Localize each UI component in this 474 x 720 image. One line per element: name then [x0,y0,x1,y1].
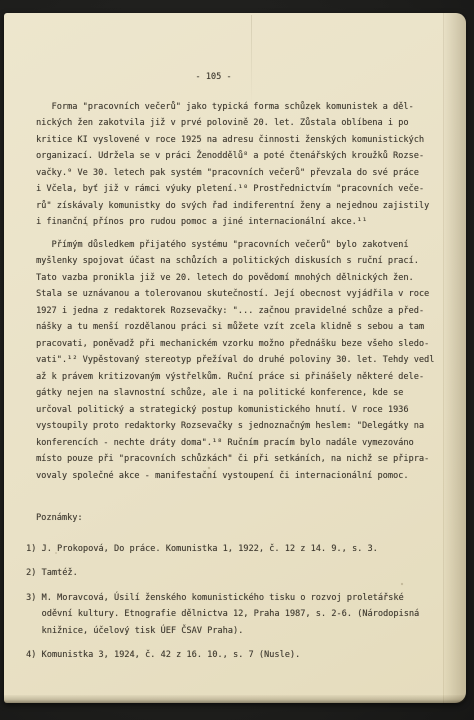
note-line: 4) Komunistka 3, 1924, č. 42 z 16. 10., … [26,647,440,664]
book-page: - 105 - Forma "pracovních večerů" jako t… [4,13,466,703]
paragraph-1: Forma "pracovních večerů" jako typická f… [36,99,440,231]
notes-heading: Poznámky: [36,510,440,527]
note-item: 2) Tamtéž. [26,565,440,582]
text-line: vovaly společné akce - manifestační vyst… [36,468,440,485]
text-line: až k právem kritizovaným výstřelkům. Ruč… [36,369,440,386]
note-line: knižnice, účelový tisk ÚEF ČSAV Praha). [26,623,440,640]
text-line: i Včela, byť již v rámci výuky pletení.¹… [36,181,440,198]
text-line: 1927 i jedna z redaktorek Rozsevačky: ".… [36,303,440,320]
note-item: 4) Komunistka 3, 1924, č. 42 z 16. 10., … [26,647,440,664]
note-item: 3) M. Moravcová, Úsilí ženského komunist… [26,590,440,640]
text-line: gátky nejen na slavnostní schůze, ale i … [36,385,440,402]
text-line: nášky a tu menší rozdělanou práci si můž… [36,319,440,336]
note-item: 1) J. Prokopová, Do práce. Komunistka 1,… [26,541,440,558]
text-line: nických žen zakotvila již v prvé polovin… [36,115,440,132]
text-line: Forma "pracovních večerů" jako typická f… [36,99,440,116]
text-line: Tato vazba pronikla již ve 20. letech do… [36,270,440,287]
scan-background: - 105 - Forma "pracovních večerů" jako t… [0,0,474,720]
note-line: 1) J. Prokopová, Do práce. Komunistka 1,… [26,541,440,558]
text-line: vati".¹² Vypěstovaný stereotyp přežíval … [36,352,440,369]
text-line: organizací. Udržela se v práci Ženoddělů… [36,148,440,165]
note-line: 3) M. Moravcová, Úsilí ženského komunist… [26,590,440,607]
text-line: pracovati, poněvadž při mechanickém vzor… [36,336,440,353]
page-number: - 105 - [36,69,391,86]
text-line: myšlenky spojovat účast na schůzích a po… [36,253,440,270]
text-line: Stala se uznávanou a tolerovanou skutečn… [36,286,440,303]
note-line: oděvní kultury. Etnografie dělnictva 12,… [26,606,440,623]
page-fore-edge [443,13,466,703]
text-line: vystoupily proto redaktorky Rozsevačky s… [36,418,440,435]
text-line: konferencích - nechte dráty doma".¹⁸ Ruč… [36,435,440,452]
text-line: určoval politický a strategický postup k… [36,402,440,419]
text-line: Přímým důsledkem přijatého systému "prac… [36,237,440,254]
paragraph-2: Přímým důsledkem přijatého systému "prac… [36,237,440,485]
text-line: vačky.⁹ Ve 30. letech pak systém "pracov… [36,165,440,182]
note-line: 2) Tamtéž. [26,565,440,582]
text-line: rů" získávaly komunistky do svých řad in… [36,198,440,215]
notes-section: 1) J. Prokopová, Do práce. Komunistka 1,… [26,541,440,664]
text-line: místo pouze při "pracovních schůzkách" č… [36,451,440,468]
page-content: - 105 - Forma "pracovních večerů" jako t… [36,69,440,672]
text-line: i finanční přínos pro rudou pomoc a jiné… [36,214,440,231]
page-bottom-edge [4,695,466,703]
text-line: kritice KI vyslovené v roce 1925 na adre… [36,132,440,149]
